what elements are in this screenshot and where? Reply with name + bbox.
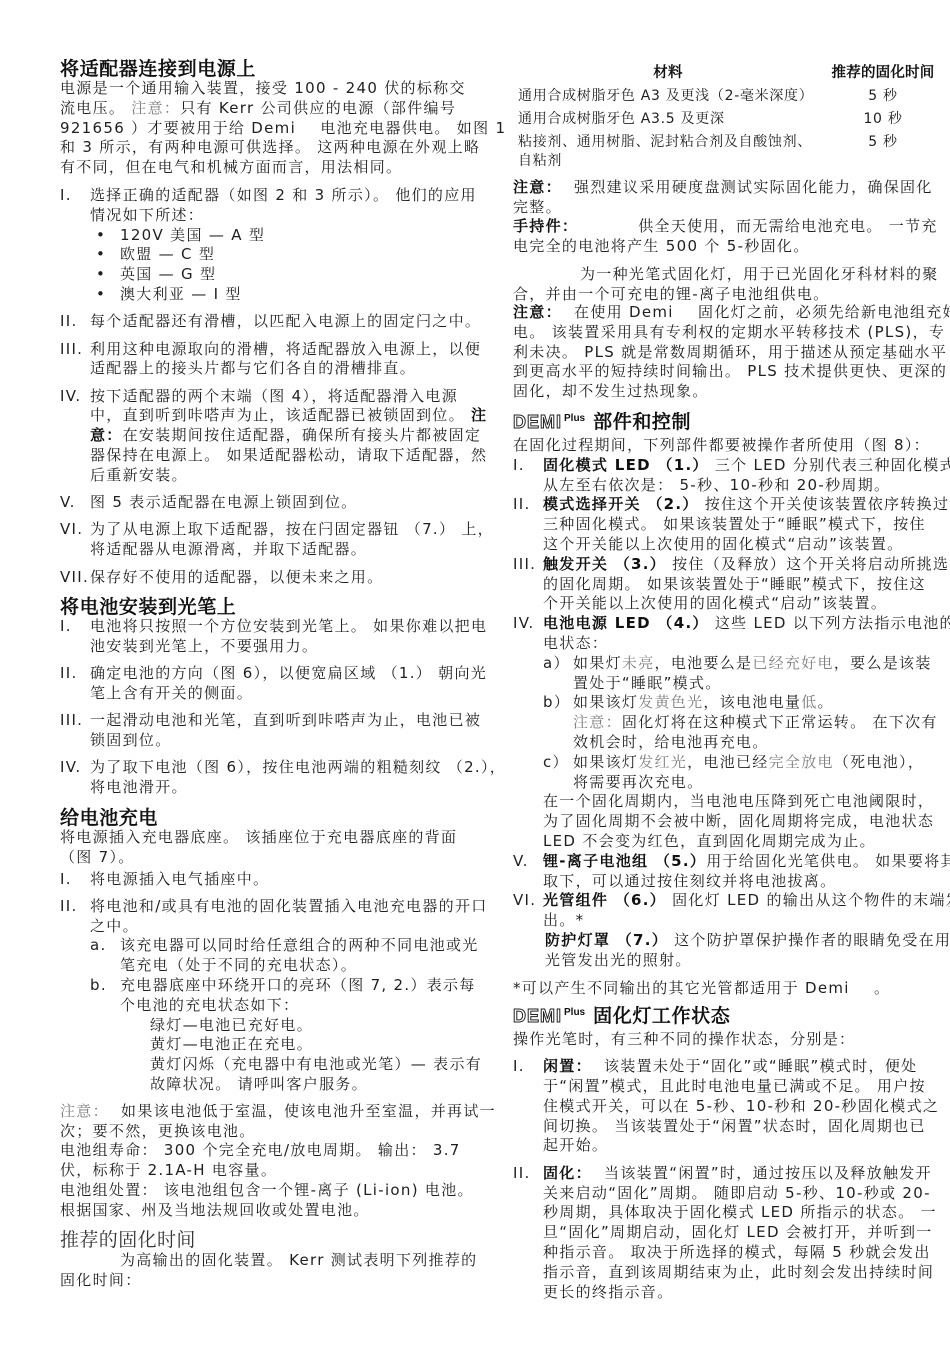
section-operating-states: DEMIPlus固化灯工作状态 操作光笔时，有三种不同的操作状态，分别是： I.… [513, 1006, 950, 1302]
paragraph-text: 操作光笔时，有三种不同的操作状态，分别是： [513, 1030, 855, 1048]
item-text: 按下适配器的两个末端（图 4），将适配器滑入电源 中，直到听到咔嗒声为止，该适配… [90, 387, 471, 425]
list-item: V. 锂-离子电池组 （5.）用于给固化光笔供电。 如果要将其 取下，可以通过按… [513, 852, 950, 892]
section-heading: 给电池充电 [60, 808, 500, 828]
bullet-icon [96, 245, 120, 265]
charge-state-yellow-blinking: 黄灯闪烁（充电器中有电池或光笔）— 表示有 故障状况。 请呼叫客户服务。 [120, 1055, 500, 1095]
item-text: 保存好不使用的适配器，以便未来之用。 [90, 568, 383, 586]
bullet-icon [96, 226, 120, 246]
note-label: 注意： [513, 178, 562, 196]
sub-item-label: b） [543, 693, 573, 752]
highlight-text: 发红光 [638, 753, 687, 771]
item-body: 选择正确的适配器（如图 2 和 3 所示）。 他们的应用 情况如下所述： 120… [90, 186, 500, 305]
note-label: 注意： [131, 99, 180, 117]
list-item: IV. 电池电源 LED （4.） 这些 LED 以下列方法指示电池的充 电状态… [513, 614, 950, 852]
note-text: 在使用 Demi 固化灯之前，必须先给新电池组充好 电。 该装置采用具有专利权的… [513, 303, 950, 400]
component-label: 固化模式 LED （1.） [543, 456, 709, 474]
item-number: IV. [513, 614, 543, 852]
paragraph-text: 电池组寿命： 300 个完全充电/放电周期。 输出： 3.7 伏，标称于 2.1… [60, 1141, 461, 1179]
heading-text: 固化灯工作状态 [593, 1005, 730, 1027]
sub-item: b. 充电器底座中环绕开口的亮环（图 7, 2.）表示每 个电池的充电状态如下：… [90, 976, 500, 1095]
footnote-text: *可以产生不同输出的其它光管都适用于 Demi 。 [513, 979, 890, 997]
paragraph-text: 将电源插入充电器底座。 该插座位于充电器底座的背面 （图 7）。 [60, 828, 457, 866]
bullet-item: 英国 — G 型 [90, 265, 500, 285]
shield-description: 防护灯罩 （7.） 这个防护罩保护操作者的眼睛免受在用 光管发出光的照射。 [543, 931, 950, 971]
item-body: 将电池和/或具有电池的固化装置插入电池充电器的开口 之中。 a. 该充电器可以同… [90, 897, 500, 1095]
bullet-item: 澳大利亚 — I 型 [90, 285, 500, 305]
section-cure-times: 推荐的固化时间 为高输出的固化装置。 Kerr 测试表明下列推荐的 固化时间： [60, 1229, 500, 1291]
sub-item-label: a. [90, 936, 120, 976]
item-number: IV. [60, 758, 90, 798]
cell-material: 粘接剂、通用树脂、泥封粘合剂及自酸蚀剂、 自粘剂 [513, 133, 823, 170]
component-label: 触发开关 （3.） [543, 555, 666, 573]
list-item: VII. 保存好不使用的适配器，以便未来之用。 [60, 568, 500, 588]
note-label: 注意： [60, 1102, 109, 1120]
logo-superscript: Plus [564, 413, 585, 424]
highlight-text: 低 [801, 693, 817, 711]
list-item: II. 每个适配器还有滑槽，以匹配入电源上的固定闩之中。 [60, 312, 500, 332]
item-text: 选择正确的适配器（如图 2 和 3 所示）。 他们的应用 情况如下所述： [90, 186, 477, 224]
hardness-note: 注意： 强烈建议采用硬度盘测试实际固化能力，确保固化 完整。 [513, 178, 950, 218]
item-number: I. [60, 617, 90, 657]
sub-item-label: a） [543, 654, 573, 694]
paragraph-text: 电池组处置： 该电池组包含一个锂-离子 (Li-ion) 电池。 根据国家、州及… [60, 1181, 474, 1219]
intro-paragraph: 电源是一个通用输入装置，接受 100 - 240 伏的标称交 流电压。 注意：只… [60, 79, 500, 178]
item-number: II. [513, 495, 543, 554]
handpiece-label: 手持件： [513, 217, 578, 235]
bullet-text: 120V 美国 — A 型 [120, 226, 265, 246]
item-text: 为了取下电池（图 6），按住电池两端的粗糙刻纹 （2.）， 将电池滑开。 [90, 758, 506, 796]
description-paragraph: 为一种光笔式固化灯，用于已光固化牙科材料的聚 合，并由一个可充电的锂-离子电池组… [513, 265, 950, 305]
paragraph-text: 为一种光笔式固化灯，用于已光固化牙科材料的聚 合，并由一个可充电的锂-离子电池组… [513, 265, 939, 303]
handpiece-paragraph: 手持件：供全天使用，而无需给电池充电。 一节充 电完全的电池将产生 500 个 … [513, 217, 950, 257]
battery-disposal-paragraph: 电池组处置： 该电池组包含一个锂-离子 (Li-ion) 电池。 根据国家、州及… [60, 1181, 500, 1221]
sub-item-text: 如果该灯 [573, 753, 638, 771]
item-text: 电池将只按照一个方位安装到光笔上。 如果你难以把电 池安装到光笔上，不要强用力。 [90, 617, 487, 655]
list-item: II. 将电池和/或具有电池的固化装置插入电池充电器的开口 之中。 a. 该充电… [60, 897, 500, 1095]
note-text: 如果该电池低于室温，使该电池升至室温，并再试一 次；要不然，更换该电池。 [60, 1102, 496, 1140]
paragraph-text: 为高输出的固化装置。 Kerr 测试表明下列推荐的 固化时间： [60, 1251, 477, 1289]
highlight-text: 未亮 [622, 654, 655, 672]
item-text: 利用这种电源取向的滑槽，将适配器放入电源上，以便 适配器上的接头片都与它们各自的… [90, 340, 481, 378]
list-item: VI. 为了从电源上取下适配器，按在闩固定器钮 （7.） 上， 将适配器从电源滑… [60, 520, 500, 560]
section-install-battery: 将电池安装到光笔上 I. 电池将只按照一个方位安装到光笔上。 如果你难以把电 池… [60, 597, 500, 798]
highlight-text: 已经充好电 [752, 654, 834, 672]
list-item: I. 闲置： 该装置未处于“固化”或“睡眠”模式时，便处 于“闲置”模式，且此时… [513, 1057, 950, 1156]
list-item: III. 一起滑动电池和光笔，直到听到咔嗒声为止，电池已被 锁固到位。 [60, 711, 500, 751]
section-heading: 将适配器连接到电源上 [60, 59, 500, 79]
list-item: I. 将电源插入电气插座中。 [60, 870, 500, 890]
note-label: 注意： [513, 303, 562, 321]
item-number: V. [513, 852, 543, 892]
cell-material: 通用合成树脂牙色 A3.5 及更深 [513, 110, 823, 129]
bullet-text: 澳大利亚 — I 型 [120, 285, 242, 305]
bullet-item: 欧盟 — C 型 [90, 245, 500, 265]
sub-item-text: ，电池已经 [687, 753, 769, 771]
sub-item-text: 该充电器可以同时给任意组合的两种不同电池或光 笔充电（处于不同的充电状态）。 [120, 936, 479, 974]
cure-time-table: 材料 推荐的固化时间 通用合成树脂牙色 A3 及更浅（2-毫米深度） 5 秒 通… [513, 63, 950, 175]
sub-item-text: 充电器底座中环绕开口的亮环（图 7, 2.）表示每 个电池的充电状态如下： [120, 976, 476, 1014]
sub-item: a） 如果灯未亮，电池要么是已经充好电，要么是该装 置处于“睡眠”模式。 [543, 654, 950, 694]
cell-cure-time: 5 秒 [823, 133, 943, 170]
component-label: 模式选择开关 （2.） [543, 495, 699, 513]
note-paragraph: 注意： 如果该电池低于室温，使该电池升至室温，并再试一 次；要不然，更换该电池。 [60, 1102, 500, 1142]
item-text: 在安装期间按住适配器，确保所有接头片都被固定 器保持在电源上。 如果适配器松动，… [90, 426, 487, 484]
section-heading: DEMIPlus部件和控制 [513, 412, 950, 436]
cell-cure-time: 5 秒 [823, 87, 943, 106]
list-item: I. 选择正确的适配器（如图 2 和 3 所示）。 他们的应用 情况如下所述： … [60, 186, 500, 305]
sub-item: a. 该充电器可以同时给任意组合的两种不同电池或光 笔充电（处于不同的充电状态）… [90, 936, 500, 976]
list-item: III. 利用这种电源取向的滑槽，将适配器放入电源上，以便 适配器上的接头片都与… [60, 340, 500, 380]
note-text: 强烈建议采用硬度盘测试实际固化能力，确保固化 完整。 [513, 178, 933, 216]
component-label: 防护灯罩 （7.） [545, 931, 668, 949]
intro-paragraph: 在固化过程期间，下列部件都要被操作者所使用（图 8）： [513, 436, 950, 456]
item-text: 确定电池的方向（图 6），以便宽扁区域 （1.） 朝向光 笔上含有开关的侧面。 [90, 664, 487, 702]
bullet-item: 120V 美国 — A 型 [90, 226, 500, 246]
list-item: VI. 光管组件 （6.） 固化灯 LED 的输出从这个物件的末端发 出。* 防… [513, 891, 950, 970]
item-text: 该装置未处于“固化”或“睡眠”模式时，便处 于“闲置”模式，且此时电池电量已满或… [543, 1057, 939, 1154]
footnote: *可以产生不同输出的其它光管都适用于 Demi 。 [513, 979, 950, 999]
state-label: 闲置： [543, 1057, 592, 1075]
logo-brand: DEMI [513, 1006, 562, 1026]
state-label: 固化： [543, 1164, 592, 1182]
sub-item-text: 如果灯 [573, 654, 622, 672]
item-text: 一起滑动电池和光笔，直到听到咔嗒声为止，电池已被 锁固到位。 [90, 711, 481, 749]
item-number: II. [60, 664, 90, 704]
cell-cure-time: 10 秒 [823, 110, 943, 129]
item-number: I. [60, 870, 90, 890]
sub-item-text: ，该电池电量 [703, 693, 801, 711]
list-item: I. 固化模式 LED （1.） 三个 LED 分别代表三种固化模式； 从左至右… [513, 456, 950, 496]
note-label: 注意： [573, 713, 622, 731]
sub-item-text: 如果该灯 [573, 693, 638, 711]
bullet-icon [96, 265, 120, 285]
item-text: 每个适配器还有滑槽，以匹配入电源上的固定闩之中。 [90, 312, 481, 330]
paragraph-text: 在一个固化周期内，当电池电压降到死亡电池阈限时， 为了固化周期不会被中断，固化周… [543, 792, 934, 850]
item-text: 图 5 表示适配器在电源上锁固到位。 [90, 493, 357, 511]
highlight-text: 完全放电 [769, 753, 834, 771]
list-item: II. 确定电池的方向（图 6），以便宽扁区域 （1.） 朝向光 笔上含有开关的… [60, 664, 500, 704]
demi-plus-logo: DEMIPlus [513, 412, 585, 436]
paragraph-text: 在固化过程期间，下列部件都要被操作者所使用（图 8）： [513, 436, 930, 454]
section-heading: DEMIPlus固化灯工作状态 [513, 1006, 950, 1030]
section-heading: 推荐的固化时间 [60, 1229, 500, 1251]
pls-note: 注意： 在使用 Demi 固化灯之前，必须先给新电池组充好 电。 该装置采用具有… [513, 303, 950, 402]
note-text: 固化灯将在这种模式下正常运转。 在下次有 效机会时，给电池再充电。 [573, 713, 938, 751]
section-heading: 将电池安装到光笔上 [60, 597, 500, 617]
list-item: III. 触发开关 （3.） 按住（及释放）这个开关将启动所挑选 的固化周期。 … [513, 555, 950, 614]
item-text: 当该装置“闲置”时，通过按压以及释放触发开 关来启动“固化”周期。 随即启动 5… [543, 1164, 937, 1301]
item-number: IV. [60, 387, 90, 486]
list-item: V. 图 5 表示适配器在电源上锁固到位。 [60, 493, 500, 513]
sub-item-text: ，电池要么是 [655, 654, 753, 672]
sub-item: c） 如果该灯发红光，电池已经完全放电（死电池）， 将需要再次充电。 [543, 753, 950, 793]
intro-paragraph: 为高输出的固化装置。 Kerr 测试表明下列推荐的 固化时间： [60, 1251, 500, 1291]
component-label: 锂-离子电池组 （5.） [543, 852, 706, 870]
item-body: 电池电源 LED （4.） 这些 LED 以下列方法指示电池的充 电状态： a）… [543, 614, 950, 852]
cure-cycle-paragraph: 在一个固化周期内，当电池电压降到死亡电池阈限时， 为了固化周期不会被中断，固化周… [543, 792, 950, 851]
bullet-icon [96, 285, 120, 305]
sub-item-label: c） [543, 753, 573, 793]
charge-state-green: 绿灯—电池已充好电。 [120, 1016, 500, 1036]
bullet-text: 欧盟 — C 型 [120, 245, 215, 265]
section-charge-battery: 给电池充电 将电源插入充电器底座。 该插座位于充电器底座的背面 （图 7）。 I… [60, 808, 500, 1221]
table-row: 通用合成树脂牙色 A3 及更浅（2-毫米深度） 5 秒 [513, 87, 950, 106]
header-material: 材料 [513, 63, 823, 87]
list-item: II. 固化： 当该装置“闲置”时，通过按压以及释放触发开 关来启动“固化”周期… [513, 1164, 950, 1303]
state-text: 黄灯—电池正在充电。 [150, 1035, 313, 1053]
item-number: III. [60, 711, 90, 751]
component-label: 电池电源 LED （4.） [543, 614, 709, 632]
item-text: 将电源插入电气插座中。 [90, 870, 269, 888]
logo-brand: DEMI [513, 412, 562, 432]
component-label: 光管组件 （6.） [543, 891, 666, 909]
item-number: I. [513, 1057, 543, 1156]
battery-life-paragraph: 电池组寿命： 300 个完全充电/放电周期。 输出： 3.7 伏，标称于 2.1… [60, 1141, 500, 1181]
section-components-controls: DEMIPlus部件和控制 在固化过程期间，下列部件都要被操作者所使用（图 8）… [513, 412, 950, 998]
low-battery-note: 注意：固化灯将在这种模式下正常运转。 在下次有 效机会时，给电池再充电。 [573, 713, 950, 753]
table-header: 材料 推荐的固化时间 [513, 63, 950, 87]
item-number: II. [513, 1164, 543, 1303]
state-text: 黄灯闪烁（充电器中有电池或光笔）— 表示有 故障状况。 请呼叫客户服务。 [150, 1055, 482, 1093]
item-number: II. [60, 897, 90, 1095]
charge-state-yellow: 黄灯—电池正在充电。 [120, 1035, 500, 1055]
item-number: III. [513, 555, 543, 614]
header-cure-time: 推荐的固化时间 [823, 63, 943, 87]
item-number: I. [60, 186, 90, 305]
item-number: I. [513, 456, 543, 496]
state-text: 绿灯—电池已充好电。 [150, 1016, 313, 1034]
list-item: IV. 按下适配器的两个末端（图 4），将适配器滑入电源 中，直到听到咔嗒声为止… [60, 387, 500, 486]
item-number: II. [60, 312, 90, 332]
list-item: II. 模式选择开关 （2.） 按住这个开关使该装置依序转换过 三种固化模式。 … [513, 495, 950, 554]
demi-plus-logo: DEMIPlus [513, 1006, 585, 1030]
list-item: IV. 为了取下电池（图 6），按住电池两端的粗糙刻纹 （2.）， 将电池滑开。 [60, 758, 500, 798]
cell-material: 通用合成树脂牙色 A3 及更浅（2-毫米深度） [513, 87, 823, 106]
item-number: VII. [60, 568, 90, 588]
highlight-text: 发黄色光 [638, 693, 703, 711]
logo-superscript: Plus [564, 1007, 585, 1018]
item-text: 为了从电源上取下适配器，按在闩固定器钮 （7.） 上， 将适配器从电源滑离，并取… [90, 520, 494, 558]
table-row: 通用合成树脂牙色 A3.5 及更深 10 秒 [513, 110, 950, 129]
list-item: I. 电池将只按照一个方位安装到光笔上。 如果你难以把电 池安装到光笔上，不要强… [60, 617, 500, 657]
intro-paragraph: 将电源插入充电器底座。 该插座位于充电器底座的背面 （图 7）。 [60, 828, 500, 868]
sub-item: b） 如果该灯发黄色光，该电池电量低。 注意：固化灯将在这种模式下正常运转。 在… [543, 693, 950, 752]
sub-item-text: 。 [818, 693, 834, 711]
item-number: VI. [513, 891, 543, 970]
table-row: 粘接剂、通用树脂、泥封粘合剂及自酸蚀剂、 自粘剂 5 秒 [513, 133, 950, 170]
item-text: 将电池和/或具有电池的固化装置插入电池充电器的开口 之中。 [90, 897, 488, 935]
heading-text: 部件和控制 [593, 411, 691, 433]
sub-item-label: b. [90, 976, 120, 1095]
item-number: III. [60, 340, 90, 380]
section-connect-adapter: 将适配器连接到电源上 电源是一个通用输入装置，接受 100 - 240 伏的标称… [60, 59, 500, 587]
item-number: V. [60, 493, 90, 513]
bullet-text: 英国 — G 型 [120, 265, 216, 285]
intro-paragraph: 操作光笔时，有三种不同的操作状态，分别是： [513, 1030, 950, 1050]
item-number: VI. [60, 520, 90, 560]
